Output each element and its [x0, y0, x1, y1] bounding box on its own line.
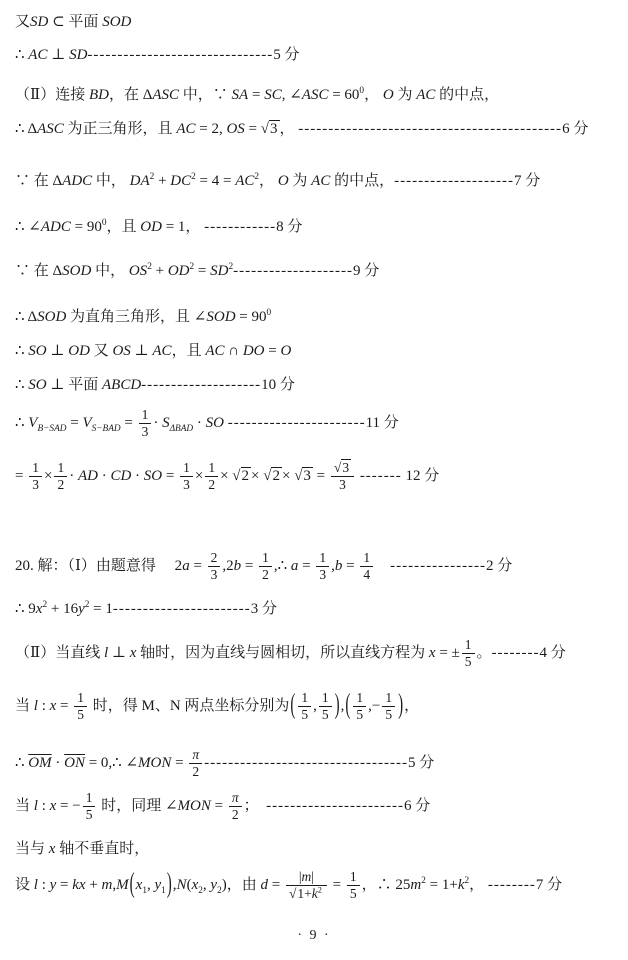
big-parenthesis: ): [166, 867, 173, 904]
square-root: √3: [294, 467, 313, 487]
fraction-numerator: 1: [298, 690, 311, 707]
math-variable: AC: [28, 47, 47, 63]
text-segment: 1: [183, 460, 190, 475]
text-segment: :: [38, 698, 50, 714]
document-page: 又SD ⊂ 平面 SOD∴ AC ⊥ SD-------------------…: [0, 0, 628, 960]
dash-leader: ----------------------------------------…: [298, 121, 562, 137]
document-line: = 13×12· AD · CD · SO = 13×12× √2× √2× √…: [15, 460, 439, 493]
math-variable: ABCD: [102, 377, 141, 393]
math-variable: SO: [144, 468, 162, 484]
dash-leader: -------: [360, 468, 402, 484]
fraction-denominator: 5: [462, 654, 475, 670]
text-segment: ∴: [15, 377, 28, 393]
radicand: 2: [271, 467, 282, 484]
dash-leader: --------------------: [233, 263, 353, 279]
document-line: 设 l : y = kx + m,M(x1, y1),N(x2, y2)，由 d…: [15, 869, 562, 902]
math-variable: m: [410, 877, 421, 893]
text-segment: 2: [272, 468, 280, 484]
text-segment: 7 分: [514, 173, 540, 189]
text-segment: =: [241, 558, 257, 574]
big-parenthesis: (: [289, 688, 296, 725]
math-variable: N: [177, 877, 187, 893]
text-segment: = 0,∴ ∠: [85, 755, 138, 771]
text-segment: ×: [44, 468, 52, 484]
square-root: √3: [334, 460, 351, 476]
text-segment: ∵ 在 Δ: [15, 173, 62, 189]
document-line: ∴ SO ⊥ OD 又 OS ⊥ AC，且 AC ∩ DO = O: [15, 342, 291, 362]
text-segment: 当与: [15, 841, 49, 857]
text-segment: 9 分: [353, 263, 379, 279]
dash-leader: --------: [488, 877, 536, 893]
text-segment: 1: [356, 690, 363, 705]
math-variable: x: [429, 645, 436, 661]
text-segment: 轴时，因为直线与圆相切，所以直线方程为: [136, 645, 429, 661]
document-line: ∴ ΔSOD 为直角三角形，且 ∠SOD = 900: [15, 308, 271, 328]
fraction-numerator: 1: [259, 550, 272, 567]
dash-leader: -----------------------: [266, 798, 404, 814]
text-segment: ∴ Δ: [15, 309, 37, 325]
text-segment: = 60: [328, 87, 359, 103]
fraction-denominator: 5: [382, 707, 395, 723]
math-variable: SD: [69, 47, 87, 63]
math-variable: MON: [138, 755, 171, 771]
fraction-denominator: 2: [189, 764, 202, 780]
text-segment: =: [121, 415, 137, 431]
text-segment: （Ⅱ）连接: [15, 87, 89, 103]
document-line: 当 l : x = 15 时，得 M、N 两点坐标分别为(15,15),(15,…: [15, 690, 419, 723]
document-line: 当与 x 轴不垂直时，: [15, 840, 149, 860]
text-segment: =: [342, 558, 358, 574]
fraction-numerator: 1: [74, 690, 87, 707]
text-segment: 2 分: [486, 558, 512, 574]
math-fraction: 15: [319, 690, 332, 723]
text-segment: ，∴ 25: [362, 877, 411, 893]
text-segment: 又: [15, 14, 30, 30]
fraction-numerator: 1: [462, 637, 475, 654]
fraction-numerator: 1: [139, 407, 152, 424]
fraction-denominator: 2: [54, 477, 67, 493]
math-variable: ASC: [302, 87, 329, 103]
text-segment: 轴不垂直时，: [55, 841, 149, 857]
text-segment: 2: [57, 477, 64, 492]
math-variable: V: [82, 415, 91, 431]
text-segment: :: [38, 798, 50, 814]
fraction-denominator: √1+k2: [286, 886, 327, 902]
text-segment: 3: [342, 460, 349, 475]
text-segment: ∴ 9: [15, 601, 36, 617]
fraction-numerator: 2: [208, 550, 221, 567]
document-line: ∴ AC ⊥ SD-------------------------------…: [15, 46, 300, 66]
radicand: 3: [269, 120, 280, 137]
fraction-numerator: 1: [319, 690, 332, 707]
fraction-numerator: 1: [54, 460, 67, 477]
text-segment: ·: [193, 415, 206, 431]
math-variable: k: [458, 877, 465, 893]
text-segment: ,∴: [274, 558, 291, 574]
subscript: ΔBAD: [170, 424, 194, 434]
superscript: 0: [267, 308, 272, 318]
math-variable: SOD: [37, 309, 66, 325]
text-segment: =: [265, 343, 281, 359]
math-fraction: 23: [208, 550, 221, 583]
math-fraction: 12: [205, 460, 218, 493]
text-segment: )，由: [222, 877, 261, 893]
text-segment: 7 分: [536, 877, 562, 893]
math-fraction: π2: [229, 790, 242, 823]
dash-leader: -----------------------: [113, 601, 251, 617]
text-segment: ∩: [225, 343, 243, 359]
text-segment: 8 分: [276, 219, 302, 235]
dash-leader: -----------------------: [228, 415, 366, 431]
dash-leader: ----------------------------------: [204, 755, 408, 771]
text-segment: 5: [465, 654, 472, 669]
math-variable: SO: [206, 415, 224, 431]
math-variable: OS: [226, 121, 244, 137]
text-segment: 1: [301, 690, 308, 705]
document-line: ∴ OM · ON = 0,∴ ∠MON = π2---------------…: [15, 747, 434, 780]
fraction-numerator: 1: [205, 460, 218, 477]
dash-leader: -------------------------------: [87, 47, 273, 63]
fraction-denominator: 5: [298, 707, 311, 723]
fraction-numerator: 1: [360, 550, 373, 567]
text-segment: ,−: [368, 698, 380, 714]
math-variable: kx: [72, 877, 85, 893]
math-variable: O: [383, 87, 394, 103]
subscript: B−SAD: [37, 424, 66, 434]
text-segment: ，且: [107, 219, 141, 235]
square-root: √2: [263, 467, 282, 487]
fraction-denominator: 3: [208, 567, 221, 583]
text-segment: = ±: [436, 645, 460, 661]
document-line: 当 l : x = −15 时，同理 ∠MON = π2； ----------…: [15, 790, 430, 823]
math-fraction: 13: [29, 460, 42, 493]
text-segment: 11 分: [366, 415, 399, 431]
math-variable: OD: [168, 263, 190, 279]
text-segment: 1: [86, 790, 93, 805]
text-segment: :: [38, 877, 50, 893]
text-segment: 又: [90, 343, 113, 359]
text-segment: 20. 解：（Ⅰ）由题意得 2: [15, 558, 182, 574]
text-segment: ⊥: [131, 343, 153, 359]
document-line: ∴ VB−SAD = VS−BAD = 13· SΔBAD · SO -----…: [15, 407, 399, 440]
text-segment: 1: [385, 690, 392, 705]
text-segment: ,: [313, 698, 317, 714]
document-line: （Ⅱ）连接 BD，在 ΔASC 中，∵ SA = SC, ∠ASC = 600，…: [15, 86, 499, 106]
dash-leader: --------------------: [394, 173, 514, 189]
math-variable: ASC: [37, 121, 64, 137]
text-segment: 1: [208, 460, 215, 475]
fraction-denominator: 2: [259, 567, 272, 583]
text-segment: +: [86, 877, 102, 893]
math-fraction: 13: [316, 550, 329, 583]
fraction-denominator: 4: [360, 567, 373, 583]
document-line: ∴ SO ⊥ 平面 ABCD--------------------10 分: [15, 376, 295, 396]
text-segment: 1: [350, 869, 357, 884]
text-segment: = 90: [71, 219, 102, 235]
text-segment: ；: [244, 798, 267, 814]
document-line: ∴ ∠ADC = 900，且 OD = 1， ------------8 分: [15, 218, 302, 238]
text-segment: ∴ Δ: [15, 121, 37, 137]
text-segment: =: [248, 87, 264, 103]
text-segment: 5: [301, 707, 308, 722]
math-variable: a: [182, 558, 190, 574]
text-segment: 5: [322, 707, 329, 722]
text-segment: ·: [52, 755, 65, 771]
text-segment: ，且: [172, 343, 206, 359]
text-segment: =: [245, 121, 261, 137]
text-segment: =: [298, 558, 314, 574]
vector-overline: ON: [64, 755, 85, 771]
text-segment: 12 分: [402, 468, 440, 484]
text-segment: 1: [465, 637, 472, 652]
fraction-numerator: |m|: [286, 869, 327, 886]
text-segment: ∴: [15, 755, 28, 771]
text-segment: 3: [211, 567, 218, 582]
math-fraction: π2: [189, 747, 202, 780]
text-segment: ·: [153, 415, 162, 431]
math-fraction: 15: [298, 690, 311, 723]
text-segment: 2: [211, 550, 218, 565]
text-segment: ，: [469, 877, 488, 893]
fraction-denominator: 3: [331, 477, 354, 493]
fraction-denominator: 5: [74, 707, 87, 723]
fraction-numerator: 1: [353, 690, 366, 707]
text-segment: （Ⅱ）当直线: [15, 645, 104, 661]
radical-sign: √: [232, 467, 240, 487]
text-segment: 3: [32, 477, 39, 492]
math-variable: SOD: [206, 309, 235, 325]
math-fraction: 12: [259, 550, 272, 583]
text-segment: 。: [477, 645, 492, 661]
text-segment: 为: [289, 173, 312, 189]
text-segment: ∴: [15, 47, 28, 63]
big-parenthesis: (: [129, 867, 136, 904]
math-variable: CD: [110, 468, 131, 484]
math-variable: BD: [89, 87, 109, 103]
text-segment: 2: [192, 764, 199, 779]
math-variable: O: [278, 173, 289, 189]
math-variable: SOD: [62, 263, 91, 279]
text-segment: 3: [270, 121, 278, 137]
math-fraction: |m|√1+k2: [286, 869, 327, 902]
math-variable: OD: [140, 219, 162, 235]
math-variable: SD: [210, 263, 228, 279]
text-segment: 5 分: [408, 755, 434, 771]
square-root: √1+k2: [289, 886, 324, 902]
text-segment: |: [311, 869, 314, 884]
text-segment: ,2: [222, 558, 233, 574]
math-variable: ASC: [152, 87, 179, 103]
text-segment: = 90: [236, 309, 267, 325]
dash-leader: --------: [492, 645, 540, 661]
math-variable: S: [162, 415, 170, 431]
math-variable: O: [280, 343, 291, 359]
text-segment: 5: [77, 707, 84, 722]
text-segment: 2: [232, 807, 239, 822]
text-segment: 3: [183, 477, 190, 492]
text-segment: 为: [394, 87, 417, 103]
text-segment: ，: [259, 173, 278, 189]
big-parenthesis: ): [334, 688, 341, 725]
math-variable: SO: [28, 343, 46, 359]
fraction-numerator: 1: [180, 460, 193, 477]
math-variable: π: [192, 747, 199, 762]
text-segment: = 1，: [162, 219, 204, 235]
math-variable: ADC: [41, 219, 71, 235]
fraction-numerator: π: [189, 747, 202, 764]
math-fraction: 13: [180, 460, 193, 493]
fraction-numerator: 1: [316, 550, 329, 567]
math-variable: AC: [205, 343, 224, 359]
document-line: ∴ ΔASC 为正三角形，且 AC = 2, OS = √3， --------…: [15, 120, 588, 140]
text-segment: ×: [251, 468, 263, 484]
document-line: 又SD ⊂ 平面 SOD: [15, 13, 131, 33]
math-variable: OS: [112, 343, 130, 359]
math-variable: DO: [243, 343, 265, 359]
fraction-denominator: 3: [139, 424, 152, 440]
math-variable: d: [260, 877, 268, 893]
text-segment: , ∠: [282, 87, 302, 103]
text-segment: ·: [98, 468, 111, 484]
document-line: 20. 解：（Ⅰ）由题意得 2a = 23,2b = 12,∴ a = 13,b…: [15, 550, 512, 583]
radical-sign: √: [261, 120, 269, 140]
math-fraction: 15: [382, 690, 395, 723]
text-segment: 5: [385, 707, 392, 722]
document-line: ∵ 在 ΔSOD 中， OS2 + OD2 = SD2-------------…: [15, 262, 379, 282]
text-segment: 5 分: [273, 47, 299, 63]
text-segment: 1: [142, 407, 149, 422]
text-segment: 5: [356, 707, 363, 722]
text-segment: 6 分: [404, 798, 430, 814]
fraction-denominator: 5: [83, 807, 96, 823]
math-fraction: √33: [331, 460, 354, 493]
text-segment: =: [171, 755, 187, 771]
fraction-denominator: 2: [205, 477, 218, 493]
text-segment: 5: [350, 886, 357, 901]
math-variable: SD: [30, 14, 48, 30]
text-segment: = −: [56, 798, 80, 814]
subscript: S−BAD: [92, 424, 121, 434]
math-fraction: 15: [74, 690, 87, 723]
fraction-numerator: 1: [347, 869, 360, 886]
text-segment: 3: [142, 424, 149, 439]
text-segment: 中，∵: [179, 87, 232, 103]
text-segment: 为直角三角形，且 ∠: [66, 309, 206, 325]
math-variable: m: [102, 877, 113, 893]
math-variable: AC: [416, 87, 435, 103]
dash-leader: ------------: [204, 219, 276, 235]
math-variable: y: [78, 601, 85, 617]
text-segment: =: [194, 263, 210, 279]
text-segment: ×: [195, 468, 203, 484]
text-segment: ×: [220, 468, 232, 484]
radicand: 3: [341, 459, 351, 475]
fraction-numerator: √3: [331, 460, 354, 477]
text-segment: ·: [69, 468, 78, 484]
fraction-denominator: 3: [316, 567, 329, 583]
text-segment: 4 分: [540, 645, 566, 661]
text-segment: [375, 558, 390, 574]
fraction-denominator: 5: [319, 707, 332, 723]
square-root: √3: [261, 120, 280, 140]
fraction-denominator: 3: [180, 477, 193, 493]
text-segment: 设: [15, 877, 34, 893]
text-segment: 3: [339, 477, 346, 492]
text-segment: 2: [242, 468, 250, 484]
fraction-numerator: 1: [83, 790, 96, 807]
text-segment: = 4 =: [196, 173, 235, 189]
text-segment: =: [313, 468, 329, 484]
text-segment: 10 分: [261, 377, 295, 393]
text-segment: 3 分: [251, 601, 277, 617]
text-segment: 的中点，: [330, 173, 394, 189]
math-variable: OD: [68, 343, 90, 359]
text-segment: 为正三角形，且: [64, 121, 177, 137]
math-variable: DC: [170, 173, 191, 189]
math-variable: SO: [28, 377, 46, 393]
text-segment: = 1+: [426, 877, 458, 893]
document-line: （Ⅱ）当直线 l ⊥ x 轴时，因为直线与圆相切，所以直线方程为 x = ±15…: [15, 637, 566, 670]
math-variable: AD: [78, 468, 98, 484]
text-segment: ，: [280, 121, 299, 137]
math-variable: m: [302, 869, 312, 884]
math-variable: OS: [129, 263, 147, 279]
fraction-numerator: 1: [29, 460, 42, 477]
math-fraction: 15: [462, 637, 475, 670]
text-segment: 当: [15, 698, 34, 714]
math-fraction: 15: [347, 869, 360, 902]
text-segment: =: [329, 877, 345, 893]
math-fraction: 15: [83, 790, 96, 823]
radicand: 3: [302, 467, 313, 484]
math-variable: SA: [232, 87, 249, 103]
text-segment: 时，同理 ∠: [97, 798, 177, 814]
math-variable: ADC: [62, 173, 92, 189]
text-segment: =: [211, 798, 227, 814]
math-variable: AC: [176, 121, 195, 137]
text-segment: 4: [363, 567, 370, 582]
text-segment: ×: [282, 468, 294, 484]
text-segment: =: [162, 468, 178, 484]
text-segment: =: [268, 877, 284, 893]
math-variable: M: [116, 877, 129, 893]
superscript: 2: [318, 886, 322, 895]
text-segment: =: [56, 877, 72, 893]
text-segment: 2: [262, 567, 269, 582]
dash-leader: ----------------: [390, 558, 486, 574]
text-segment: 2: [208, 477, 215, 492]
big-parenthesis: ): [397, 688, 404, 725]
big-parenthesis: (: [344, 688, 351, 725]
text-segment: 1: [77, 690, 84, 705]
document-line: ∵ 在 ΔADC 中， DA2 + DC2 = 4 = AC2， O 为 AC …: [15, 172, 540, 192]
math-fraction: 13: [139, 407, 152, 440]
text-segment: +: [152, 263, 168, 279]
radicand: 2: [241, 467, 252, 484]
text-segment: 1: [322, 690, 329, 705]
text-segment: ，: [404, 698, 419, 714]
math-fraction: 14: [360, 550, 373, 583]
text-segment: =: [56, 698, 72, 714]
text-segment: 6 分: [562, 121, 588, 137]
fraction-numerator: 1: [382, 690, 395, 707]
text-segment: ⊂ 平面: [48, 14, 102, 30]
math-variable: SOD: [102, 14, 131, 30]
text-segment: 当: [15, 798, 34, 814]
text-segment: =: [15, 468, 27, 484]
page-number: · 9 ·: [0, 928, 628, 944]
text-segment: 3: [303, 468, 311, 484]
